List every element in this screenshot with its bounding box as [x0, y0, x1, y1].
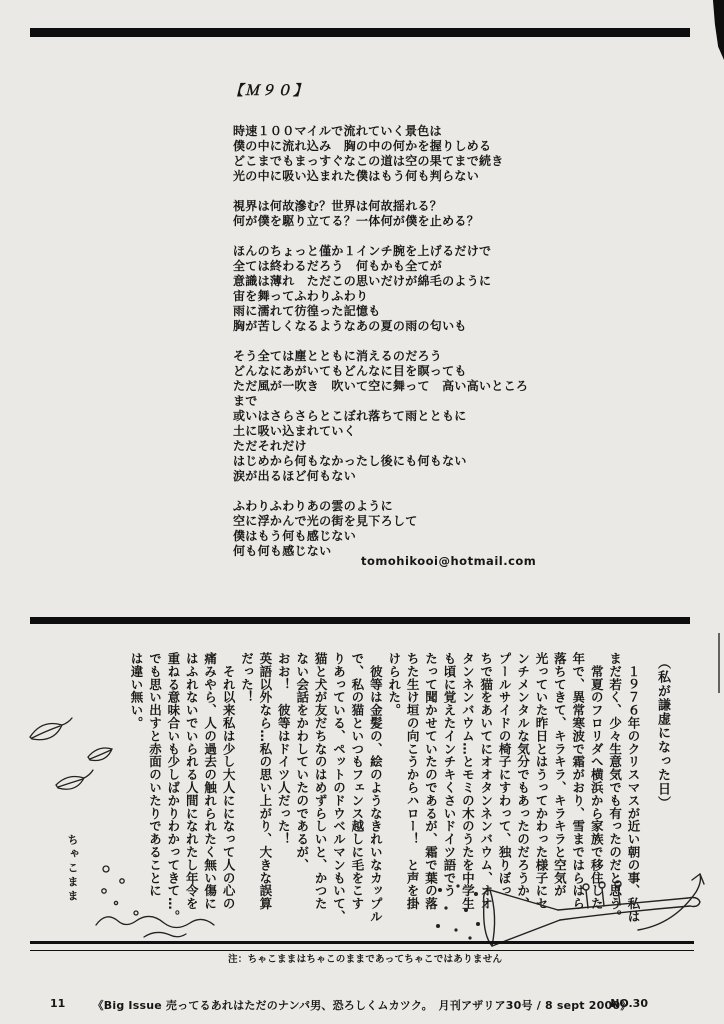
scan-corner-mark — [711, 0, 724, 60]
trumpet-doodle-icon — [470, 858, 710, 953]
footnote: 注：ちゃこままはちゃこのままであってちゃこではありません — [228, 951, 502, 965]
bottom-double-rule — [30, 941, 694, 951]
poem-body: 時速１００マイルで流れていく景色は 僕の中に流れ込み 胸の中の何かを握りしめる … — [233, 124, 528, 559]
top-rule — [30, 28, 690, 37]
section-divider-rule — [30, 617, 690, 624]
squiggle-doodle-icon — [92, 855, 222, 945]
leaf-doodles-icon — [26, 715, 126, 815]
poem-author-email: tomohikooi@hotmail.com — [361, 554, 536, 568]
scan-edge-mark — [718, 633, 720, 693]
footer-caption: 《Big Issue 売ってるあれはただのナンパ男、恐ろしくムカツク。 月刊アザ… — [60, 997, 664, 1013]
page-footer: 11 《Big Issue 売ってるあれはただのナンパ男、恐ろしくムカツク。 月… — [0, 995, 724, 1015]
essay-title: （私が謙虚になった日） — [653, 656, 672, 810]
issue-number: NO.30 — [610, 997, 648, 1010]
essay-author-name: ちゃこまま — [64, 834, 80, 904]
poem-title: 【Ｍ９０】 — [229, 80, 309, 100]
